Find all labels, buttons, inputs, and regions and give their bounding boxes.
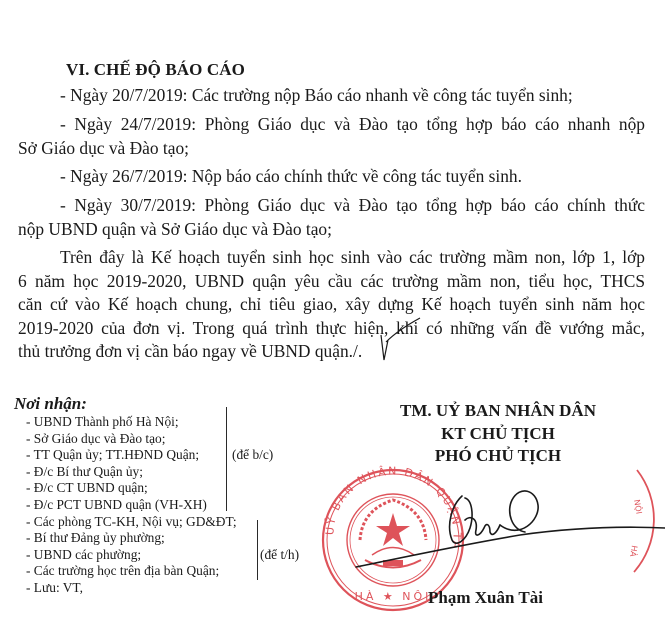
svg-text:HÀ: HÀ [628,545,641,559]
signature-title-line3: PHÓ CHỦ TỊCH [380,445,616,468]
signature-title-line2: KT CHỦ TỊCH [380,423,616,446]
svg-text:HÀ ★ NỘI: HÀ ★ NỘI [355,590,432,603]
partial-seal-icon: NỘI HÀ [628,470,654,572]
signature-block: TM. UỶ BAN NHÂN DÂN KT CHỦ TỊCH PHÓ CHỦ … [380,400,616,468]
official-seal-icon: UỶ BAN NHÂN DÂN QUẬN TÂY HỒ HÀ ★ NỘI [0,0,464,610]
signature-title-line1: TM. UỶ BAN NHÂN DÂN [380,400,616,423]
svg-text:NỘI: NỘI [632,498,645,514]
seal-and-signature-graphic: UỶ BAN NHÂN DÂN QUẬN TÂY HỒ HÀ ★ NỘI NỘI… [0,0,665,643]
initial-checkmark-icon [381,318,420,360]
signer-name: Phạm Xuân Tài [428,588,543,608]
svg-text:UỶ BAN NHÂN DÂN QUẬN TÂY HỒ: UỶ BAN NHÂN DÂN QUẬN TÂY HỒ [0,0,464,551]
